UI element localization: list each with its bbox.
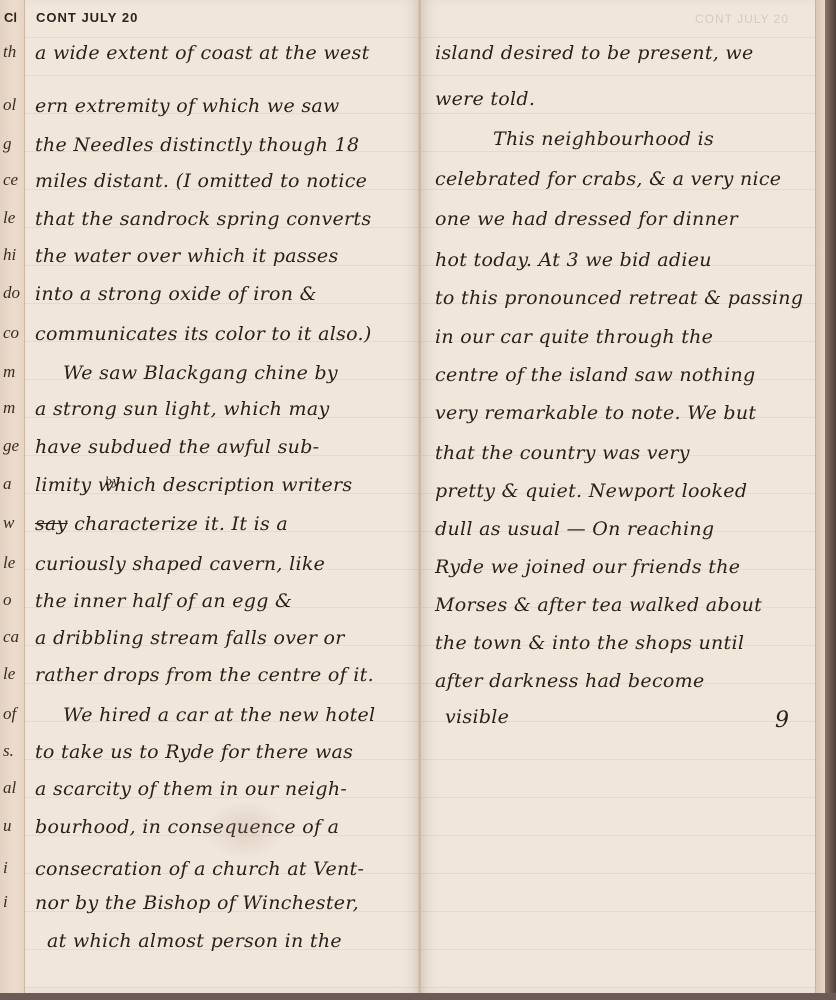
- struck-word: say: [35, 513, 68, 535]
- margin-fragment: a: [0, 474, 24, 494]
- margin-fragment: m: [0, 398, 24, 418]
- text-line: nor by the Bishop of Winchester,: [35, 892, 359, 914]
- margin-fragment: al: [0, 778, 24, 798]
- text-line: a wide extent of coast at the west: [35, 42, 370, 64]
- text-line: consecration of a church at Vent-: [35, 858, 364, 880]
- text-line: dull as usual — On reaching: [435, 518, 714, 540]
- header-fragment: Cl: [4, 10, 17, 25]
- margin-fragment: ce: [0, 170, 24, 190]
- text-line: say characterize it. It is a: [35, 513, 288, 535]
- bottom-edge: [0, 993, 836, 1000]
- margin-fragment: co: [0, 323, 24, 343]
- page-number: 9: [775, 708, 789, 733]
- text-line: to take us to Ryde for there was: [35, 741, 353, 763]
- text-line: pretty & quiet. Newport looked: [435, 480, 747, 502]
- paper-stain: [205, 800, 285, 860]
- text-line: that the sandrock spring converts: [35, 208, 371, 230]
- text-line: have subdued the awful sub-: [35, 436, 319, 458]
- margin-fragment: le: [0, 553, 24, 573]
- insertion-by: by: [105, 475, 119, 488]
- text-line: one we had dressed for dinner: [435, 208, 738, 230]
- text-line: Morses & after tea walked about: [435, 594, 762, 616]
- text-line: curiously shaped cavern, like: [35, 553, 325, 575]
- text-line: We saw Blackgang chine by: [35, 362, 338, 384]
- margin-fragment: ca: [0, 627, 24, 647]
- text-line: hot today. At 3 we bid adieu: [435, 249, 712, 271]
- text-line: the water over which it passes: [35, 245, 339, 267]
- margin-fragment: i: [0, 892, 24, 912]
- text-line: the inner half of an egg &: [35, 590, 292, 612]
- text-line: rather drops from the centre of it.: [35, 664, 374, 686]
- margin-fragment: do: [0, 283, 24, 303]
- margin-fragment: m: [0, 362, 24, 382]
- margin-fragment: le: [0, 664, 24, 684]
- text-line: communicates its color to it also.): [35, 323, 372, 345]
- text-line: bourhood, in consequence of a: [35, 816, 339, 838]
- margin-fragment: hi: [0, 245, 24, 265]
- text-line: the Needles distinctly though 18: [35, 134, 359, 156]
- right-page: CONT JULY 20 island desired to be presen…: [421, 0, 815, 993]
- text-line: celebrated for crabs, & a very nice: [435, 168, 781, 190]
- margin-fragment: ge: [0, 436, 24, 456]
- journal-spread: Cl th ol g ce le hi do co m m ge a w le …: [0, 0, 836, 993]
- margin-fragment: s.: [0, 741, 24, 761]
- cover-edge: [825, 0, 836, 1000]
- text-line: miles distant. (I omitted to notice: [35, 170, 367, 192]
- text-line: that the country was very: [435, 442, 690, 464]
- text-line: island desired to be present, we: [435, 42, 754, 64]
- text-line: centre of the island saw nothing: [435, 364, 755, 386]
- text-line-content: characterize it. It is a: [74, 513, 288, 535]
- margin-fragment: g: [0, 134, 24, 154]
- text-line: a dribbling stream falls over or: [35, 627, 345, 649]
- underlying-page-edge: Cl th ol g ce le hi do co m m ge a w le …: [0, 0, 25, 993]
- text-line: limity which description writers: [35, 474, 352, 496]
- text-line: ern extremity of which we saw: [35, 95, 340, 117]
- margin-fragment: ol: [0, 95, 24, 115]
- text-line: were told.: [435, 88, 535, 110]
- text-line: after darkness had become: [435, 670, 704, 692]
- margin-fragment: of: [0, 704, 24, 724]
- show-through-heading: CONT JULY 20: [695, 12, 789, 26]
- margin-fragment: i: [0, 858, 24, 878]
- page-header: CONT JULY 20: [36, 10, 138, 25]
- text-line: in our car quite through the: [435, 326, 713, 348]
- left-page: CONT JULY 20 a wide extent of coast at t…: [25, 0, 419, 993]
- text-line: very remarkable to note. We but: [435, 402, 756, 424]
- text-line: a scarcity of them in our neigh-: [35, 778, 347, 800]
- text-line: to this pronounced retreat & passing: [435, 287, 803, 309]
- text-line: visible: [445, 706, 509, 728]
- margin-fragment: th: [0, 42, 24, 62]
- text-line: the town & into the shops until: [435, 632, 744, 654]
- text-line: at which almost person in the: [47, 930, 342, 952]
- text-line: This neighbourhood is: [435, 128, 714, 150]
- text-line: Ryde we joined our friends the: [435, 556, 740, 578]
- margin-fragment: u: [0, 816, 24, 836]
- text-line: We hired a car at the new hotel: [35, 704, 375, 726]
- text-line: a strong sun light, which may: [35, 398, 330, 420]
- margin-fragment: le: [0, 208, 24, 228]
- margin-fragment: w: [0, 513, 24, 533]
- margin-fragment: o: [0, 590, 24, 610]
- text-line: into a strong oxide of iron &: [35, 283, 317, 305]
